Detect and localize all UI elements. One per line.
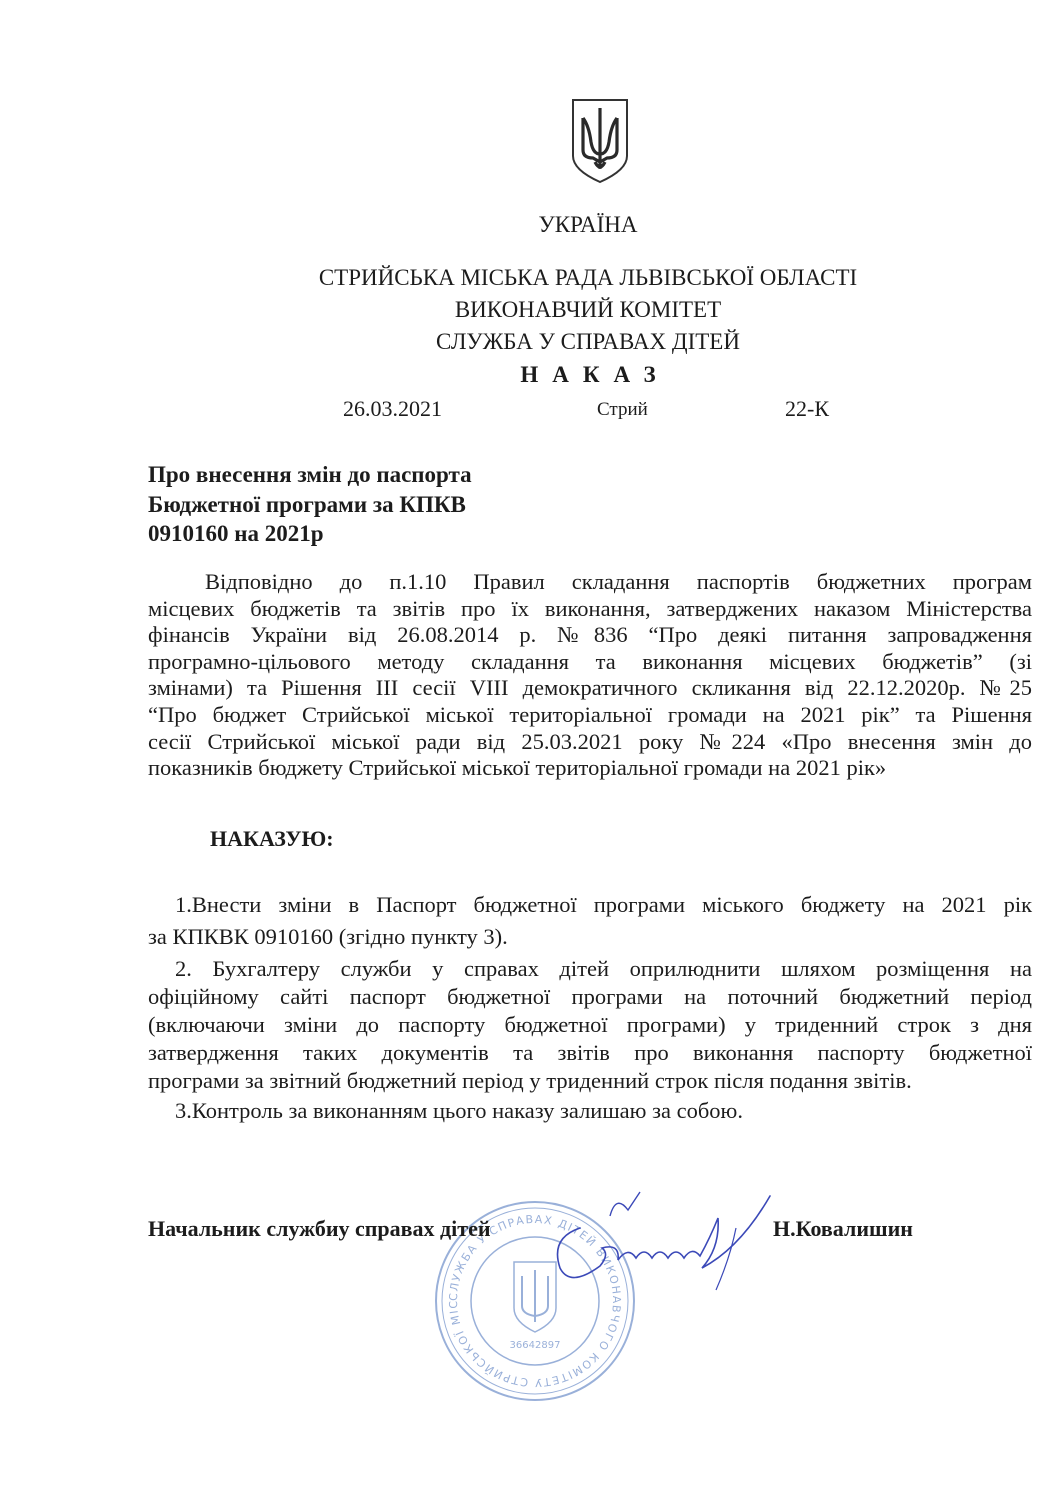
subject-line: 0910160 на 2021р — [148, 519, 472, 549]
svg-text:36642897: 36642897 — [510, 1340, 561, 1351]
order-item-2: 2. Бухгалтеру служби у справах дітей опр… — [148, 955, 1032, 1095]
item-line: офіційному сайті паспорт бюджетної прогр… — [148, 983, 1032, 1011]
service-heading: СЛУЖБА У СПРАВАХ ДІТЕЙ — [0, 327, 1058, 357]
item-line: (включаючи зміни до паспорту бюджетної п… — [148, 1011, 1032, 1039]
subject-line: Бюджетної програми за КПКВ — [148, 490, 472, 520]
council-heading: СТРИЙСЬКА МІСЬКА РАДА ЛЬВІВСЬКОЇ ОБЛАСТІ — [0, 263, 1058, 293]
subject-line: Про внесення змін до паспорта — [148, 460, 472, 490]
order-word: НАКАЗУЮ: — [210, 826, 334, 852]
document-date: 26.03.2021 — [343, 396, 442, 422]
document-city: Стрий — [597, 399, 648, 421]
preamble-line: програмно-цільового методу складання та … — [148, 649, 1032, 676]
item-line: затвердження таких документів та звітів … — [148, 1039, 1032, 1067]
preamble-line: змінами) та Рішення ІІІ сесії VIII демок… — [148, 675, 1032, 702]
document-subject: Про внесення змін до паспорта Бюджетної … — [148, 460, 472, 549]
committee-heading: ВИКОНАВЧИЙ КОМІТЕТ — [0, 295, 1058, 325]
coat-of-arms-trident-icon — [569, 96, 631, 184]
preamble-line: показників бюджету Стрийської міської те… — [148, 755, 1032, 782]
item-line: за КПКВК 0910160 (згідно пункту 3). — [148, 922, 1032, 952]
item-line: 3.Контроль за виконанням цього наказу за… — [148, 1097, 1032, 1125]
order-item-1: 1.Внести зміни в Паспорт бюджетної прогр… — [148, 888, 1032, 952]
signatory-position: Начальник службиу справах дітей — [148, 1216, 491, 1242]
document-type-heading: НАКАЗ — [7, 362, 1058, 388]
preamble-line: Відповідно до п.1.10 Правил складання па… — [148, 569, 1032, 596]
preamble-paragraph: Відповідно до п.1.10 Правил складання па… — [148, 569, 1032, 782]
document-number: 22-К — [785, 396, 829, 422]
country-heading: УКРАЇНА — [0, 210, 1058, 240]
preamble-line: місцевих бюджетів та звітів про їх викон… — [148, 596, 1032, 623]
signatory-name: Н.Ковалишин — [773, 1216, 913, 1242]
item-line: 1.Внести зміни в Паспорт бюджетної прогр… — [148, 888, 1032, 922]
order-item-3: 3.Контроль за виконанням цього наказу за… — [148, 1097, 1032, 1125]
preamble-line: “Про бюджет Стрийської міської територіа… — [148, 702, 1032, 729]
handwritten-signature-icon — [540, 1188, 780, 1298]
preamble-line: сесії Стрийської міської ради від 25.03.… — [148, 729, 1032, 756]
preamble-line: фінансів України від 26.08.2014 р. №836 … — [148, 622, 1032, 649]
item-line: програми за звітний бюджетний період у т… — [148, 1067, 1032, 1095]
item-line: 2. Бухгалтеру служби у справах дітей опр… — [148, 955, 1032, 983]
